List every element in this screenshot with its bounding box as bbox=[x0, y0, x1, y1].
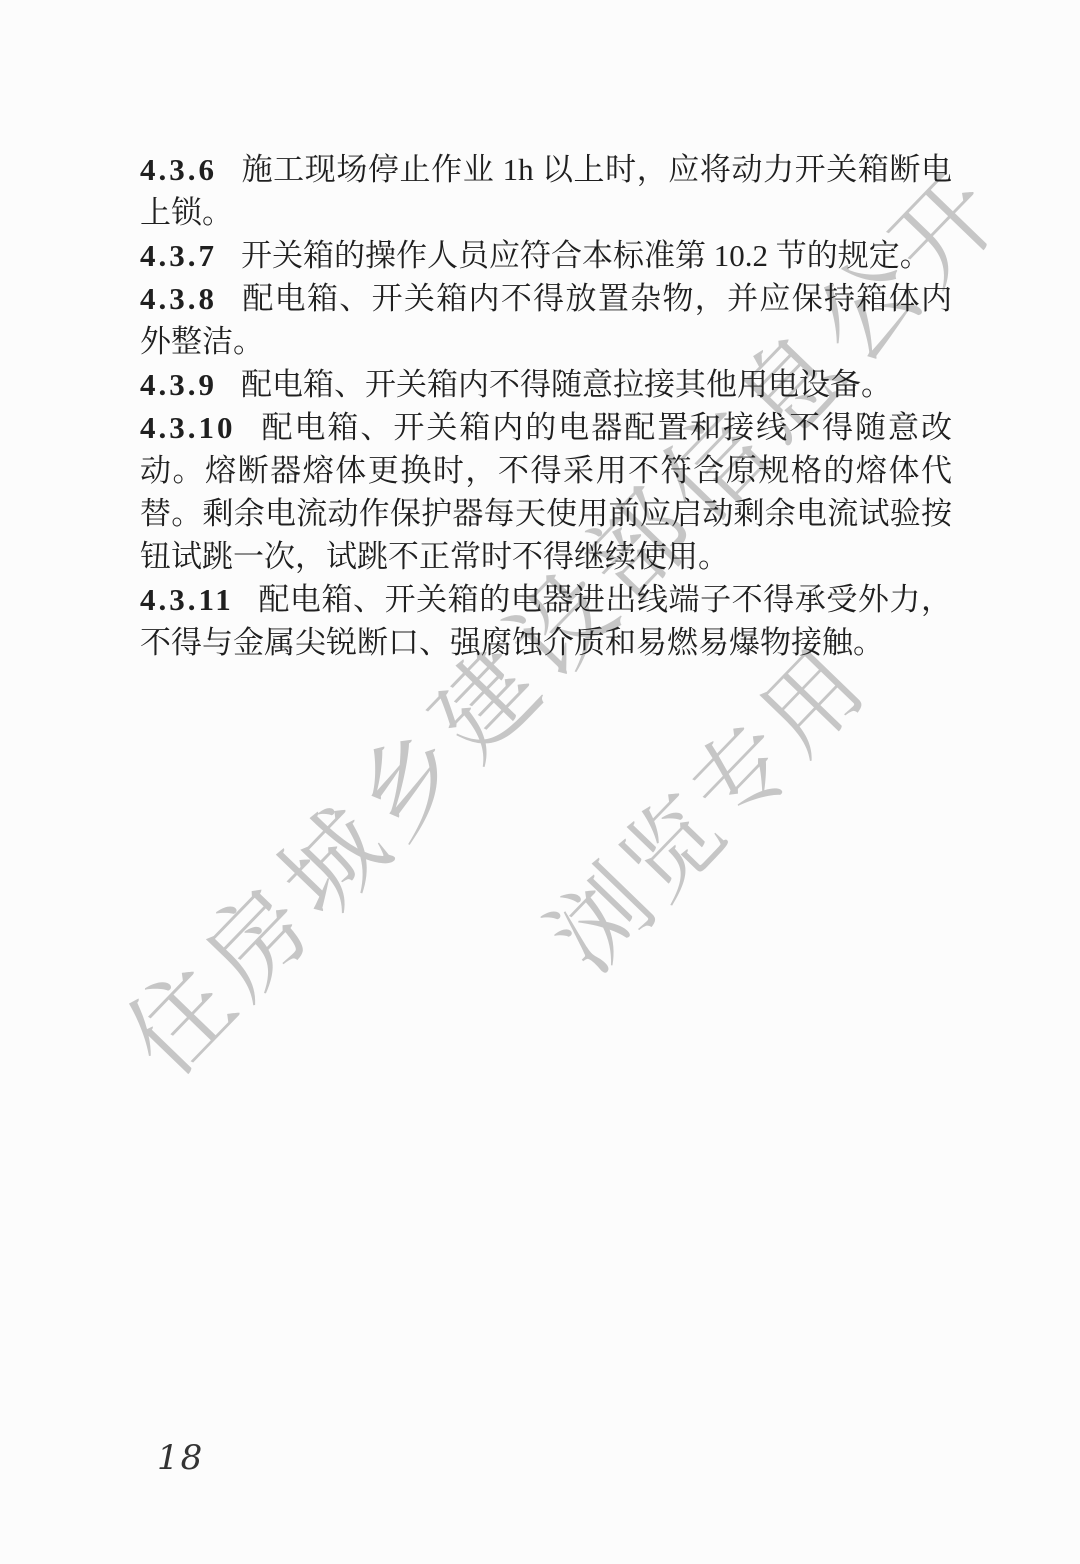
clause-number: 4.3.7 bbox=[140, 238, 241, 273]
clause-paragraph: 4.3.8配电箱、开关箱内不得放置杂物，并应保持箱体内外整洁。 bbox=[140, 277, 952, 363]
page-number: 18 bbox=[157, 1438, 204, 1478]
document-page: 住房城乡建设部信息公开 浏览专用 4.3.6施工现场停止作业 1h 以上时，应将… bbox=[0, 0, 1080, 1564]
clause-text: 配电箱、开关箱的电器进出线端子不得承受外力，不得与金属尖锐断口、强腐蚀介质和易燃… bbox=[140, 582, 952, 660]
clause-number: 4.3.11 bbox=[140, 582, 258, 617]
clause-number: 4.3.10 bbox=[140, 410, 260, 445]
clause-paragraph: 4.3.6施工现场停止作业 1h 以上时，应将动力开关箱断电上锁。 bbox=[140, 148, 952, 234]
clause-paragraph: 4.3.7开关箱的操作人员应符合本标准第 10.2 节的规定。 bbox=[140, 234, 952, 277]
clause-paragraph: 4.3.10配电箱、开关箱内的电器配置和接线不得随意改动。熔断器熔体更换时，不得… bbox=[140, 406, 952, 578]
clause-paragraph: 4.3.11配电箱、开关箱的电器进出线端子不得承受外力，不得与金属尖锐断口、强腐… bbox=[140, 578, 952, 664]
clause-number: 4.3.9 bbox=[140, 367, 241, 402]
clause-text: 开关箱的操作人员应符合本标准第 10.2 节的规定。 bbox=[241, 238, 931, 273]
clause-paragraph: 4.3.9配电箱、开关箱内不得随意拉接其他用电设备。 bbox=[140, 363, 952, 406]
clause-text: 配电箱、开关箱内不得随意拉接其他用电设备。 bbox=[241, 367, 892, 402]
clause-number: 4.3.8 bbox=[140, 281, 241, 316]
watermark-browse-only-text: 浏览专用 bbox=[515, 611, 893, 996]
clause-list: 4.3.6施工现场停止作业 1h 以上时，应将动力开关箱断电上锁。 4.3.7开… bbox=[140, 148, 952, 664]
clause-text: 配电箱、开关箱内不得放置杂物，并应保持箱体内外整洁。 bbox=[140, 281, 952, 359]
clause-number: 4.3.6 bbox=[140, 152, 241, 187]
clause-text: 施工现场停止作业 1h 以上时，应将动力开关箱断电上锁。 bbox=[140, 152, 952, 230]
clause-text: 配电箱、开关箱内的电器配置和接线不得随意改动。熔断器熔体更换时，不得采用不符合原… bbox=[140, 410, 952, 574]
